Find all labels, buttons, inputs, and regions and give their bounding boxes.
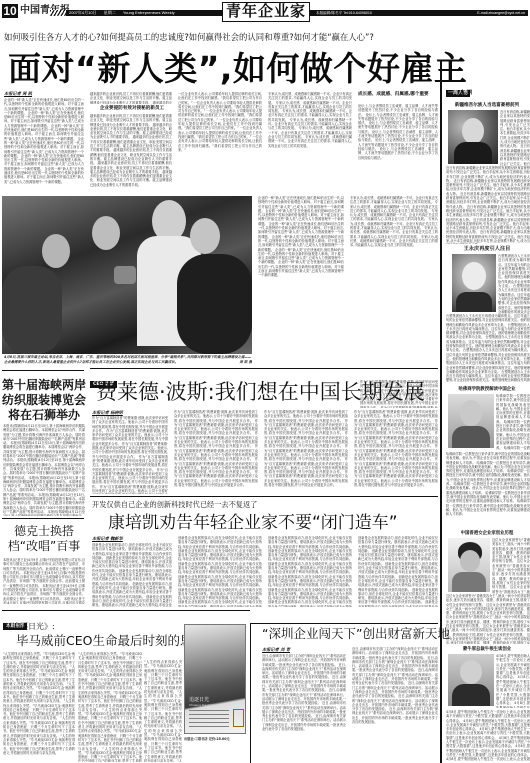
editor-line: 本版编辑/陈冬平 Tel:010-64098010 [316,11,372,15]
profile-1-photo [448,110,498,164]
photo-credit: 周 凯 摄 [232,360,252,365]
lead-subhead-3: 成长感、成就感、归属感,哪个重要 [358,92,436,98]
profile-5-photo [448,654,494,706]
story4-column-1: 近日,由深圳市有关部门主办的“深圳企业闯天下”系列活动在深圳举行。活动展示了深圳… [262,654,346,762]
lead-column-2-intro: 越来越多的企业意识到,员工不再仅仅看重薪酬,他们更看重企业文化、职业发展空间以及… [90,92,172,104]
portrait-body [452,572,486,592]
photo-figure [92,216,120,250]
profile-4-side-text: 这位女企业家被誉为“香港美容女王”,她从一间小小的美容院起步,逐步打造出涵盖美容… [492,538,530,594]
book-cover-seal [233,709,244,727]
lead-subhead-1: 企业要提防有效对接秘的新员工 [92,106,172,112]
lead-column-2: 越来越多的企业意识到,员工不再仅仅看重薪酬,他们更看重企业文化、职业发展空间以及… [90,114,172,195]
divider [250,624,251,763]
story4-column-2: 近日,由深圳市有关部门主办的“深圳企业闯天下”系列活动在深圳举行。活动展示了深圳… [352,647,438,762]
profile-5-title: 蒙牛原总裁牛根生谈创业 [444,646,530,653]
profile-4-photo [448,538,490,592]
photo-figure [177,254,252,354]
portrait-suit [452,684,490,706]
divider [2,610,250,611]
brief1-headline: 第十届海峡两岸纺织服装博览会将在石狮举办 [2,378,86,423]
story2-column-3: 作为“百万富翁制造者”的费莱德·波斯,此次来华访问受到了众多企业家的关注。他表示… [264,410,348,494]
profile-4-title: 中国香港女企业家创业历程 [444,530,530,537]
divider [250,623,438,624]
lead-byline: 本报记者 周 凯 [4,91,32,97]
book-review-column-1: “人生的终点来得那么突然。”毕马威前CEO尤金·奥凯利在得知自己身患绝症、只剩三… [3,652,75,762]
story2-side-text: 作为“百万富翁制造者”的费莱德·波斯,此次来华访问受到了众多企业家的关注。他表示… [360,380,438,408]
story3-column-4: 创新是企业发展的原动力,但在全球化时代,企业不能仅仅依靠自身力量进行研发。康培凯… [358,536,438,607]
profile-1-text: 近日有消息称,新疆籍企业家以其独特的发展路径跻身富豪榜前列,引发社会广泛关注。他… [446,166,530,244]
lead-column-6: 企业的一种“新人类”正在快速成长,他们是80后出生的一代,以独特的个性和全新的价… [258,196,344,366]
profile-2-side-text: 台塑集团创办人王永庆近日再度成为媒体焦点。这位年逾九旬的企业家依然精神矍铄,对企… [498,254,530,314]
lead-column-5: 论坛上,与会者围绕员工忠诚度、雇主品牌、人才流失等话题展开了热烈讨论,不少企业分… [358,104,438,195]
profile-3-title: 哈佛商学院教授解读中国企业 [444,386,530,393]
photo-figure [2,266,62,354]
photo-figure [42,234,70,268]
email-link[interactable]: E-mail:zhuangee@cyol.net.cn [477,10,525,16]
portrait-face [460,660,482,684]
story2-column-4: 作为“百万富翁制造者”的费莱德·波斯,此次来华访问受到了众多企业家的关注。他表示… [354,410,438,494]
lead-column-3: 一位企业负责人表示,公司要给年轻人提供足够的成长空间,让他们在工作中找到归属感。… [178,92,262,195]
profile-5-text: 4月8日,蒙牛集团创始人牛根生在一次论坛上表示,企业发展离不开诚信与责任,“小胜… [446,710,530,762]
story4-byline: 本报记者 刘 青 [262,647,290,653]
portrait-suit [456,292,492,312]
profile-2-text: 台塑集团创办人王永庆近日再度成为媒体焦点。这位年逾九旬的企业家依然精神矍铄,对企… [446,314,530,382]
editor-bar: 本版编辑/陈冬平 Tel:010-64098010 E-mail:zhuange… [310,10,528,16]
story3-headline: 康培凯劝告年轻企业家不要“闭门造车” [108,512,398,534]
brief2-text: 本报讯(记者王亚)4月9日,百事(中国)投资有限公司宣布,百事可乐与德克士达成战… [3,558,85,604]
section-title: 青年企业家 [222,2,310,22]
portrait-face [462,118,484,144]
lead-headline: 面对“新人类”,如何做个好雇主 [8,48,467,90]
divider [2,518,84,519]
sidebar-kicker: 本 期 [446,90,486,97]
divider [2,370,84,371]
story3-column-1: 创新是企业发展的原动力,但在全球化时代,企业不能仅仅依靠自身力量进行研发。康培凯… [92,543,172,607]
portrait-face [460,550,480,572]
lead-column-1: 企业的一种“新人类”正在快速成长,他们是80后出生的一代,以独特的个性和全新的价… [4,98,84,195]
portrait-suit [454,142,492,164]
profile-2-title: 王永庆再度引人注目 [444,246,530,253]
english-title: Young Entrepreneurs Weekly [123,10,175,15]
book-publisher-info: 出版社:三联书店 定价:25.00元 [184,737,250,755]
issue-date: 2007年4月10日 [69,10,97,15]
book-cover-text-lines [189,710,229,728]
profile-3-photo [448,394,494,448]
story3-column-2: 创新是企业发展的原动力,但在全球化时代,企业不能仅仅依靠自身力量进行研发。康培凯… [178,536,262,607]
story3-kicker: 开发仅供自己企业的创新科技时代已经一去不复返了 [92,500,257,509]
lead-photo [2,196,252,354]
portrait-face [460,400,482,426]
story2-column-1: 作为“百万富翁制造者”的费莱德·波斯,此次来华访问受到了众多企业家的关注。他表示… [92,416,168,494]
book-review-headline: 毕马威前CEO生命最后时刻的思考 [16,633,205,649]
lead-column-4: 专家认为,成长感、成就感和归属感缺一不可。企业只有真正关注员工的需求,才能赢得人… [268,92,352,195]
book-cover: 追逐日光 Chasing Daylight [184,624,246,734]
profile-2-photo [452,254,496,312]
photo-caption: 4月6日,首届三城市雇主论坛,来自北京、上海、南京、广东、重庆等地的300多名对… [4,355,252,366]
book-title: 《追逐日光》: [4,622,55,632]
date-bar: 2007年4月10日 星期二 Young Entrepreneurs Weekl… [66,10,222,16]
lead-deck: 如何吸引住各方人才的心?如何提高员工的忠诚度?如何赢得社会的认同和尊重?如何才能… [4,32,374,43]
profile-1-title: 新疆维吾尔族人当选富豪榜前列 [444,102,530,109]
book-review-column-2: “人生的终点来得那么突然。”毕马威前CEO尤金·奥凯利在得知自己身患绝症、只剩三… [78,652,142,762]
portrait-face [462,262,486,290]
story2-column-2: 作为“百万富翁制造者”的费莱德·波斯,此次来华访问受到了众多企业家的关注。他表示… [174,410,258,494]
book-review-column-3: “人生的终点来得那么突然。”毕马威前CEO尤金·奥凯利在得知自己身患绝症、只剩三… [144,660,182,762]
story3-byline: 本报记者 魏新华 [92,536,123,542]
masthead: 10 中国青年报 2007年4月10日 星期二 Young Entreprene… [0,0,530,26]
brief2-headline: 德克士换搭档“改唱”百事 [2,524,86,554]
profile-4-text: 这位女企业家被誉为“香港美容女王”,她从一间小小的美容院起步,逐步打造出涵盖美容… [446,594,530,644]
page-number: 10 [2,4,18,18]
hatch-decoration [50,10,66,16]
wine-glass [114,266,136,284]
divider [90,496,438,497]
sidebar-rule [440,60,442,763]
story3-column-3: 创新是企业发展的原动力,但在全球化时代,企业不能仅仅依靠自身力量进行研发。康培凯… [268,536,352,607]
story4-headline: “深圳企业闯天下”创出财富新天地 [262,626,450,642]
profile-1-side-text: 近日有消息称,新疆籍企业家以其独特的发展路径跻身富豪榜前列,引发社会广泛关注。他… [500,110,530,166]
profile-3-side-text: 哈佛商学院一位教授近日来华讲学,就中国企业的国际化战略发表见解。他认为,中国企业… [496,394,530,450]
portrait-suit [452,426,490,448]
photo-figure [190,218,220,254]
profile-3-text: 哈佛商学院一位教授近日来华讲学,就中国企业的国际化战略发表见解。他认为,中国企业… [446,452,530,528]
book-cover-subtitle: Chasing Daylight [189,703,215,707]
issue-weekday: 星期二 [104,10,116,15]
divider [90,368,438,369]
brief1-text: 本报讯(郑晓明)4月12日至15日,第十届海峡两岸纺织服装博览会将在福建石狮举办… [3,424,85,516]
lead-column-7: 专家认为,成长感、成就感和归属感缺一不可。企业只有真正关注员工的需求,才能赢得人… [350,196,438,366]
profile-5-side-text: 4月8日,蒙牛集团创始人牛根生在一次论坛上表示,企业发展离不开诚信与责任,“小胜… [496,654,530,708]
